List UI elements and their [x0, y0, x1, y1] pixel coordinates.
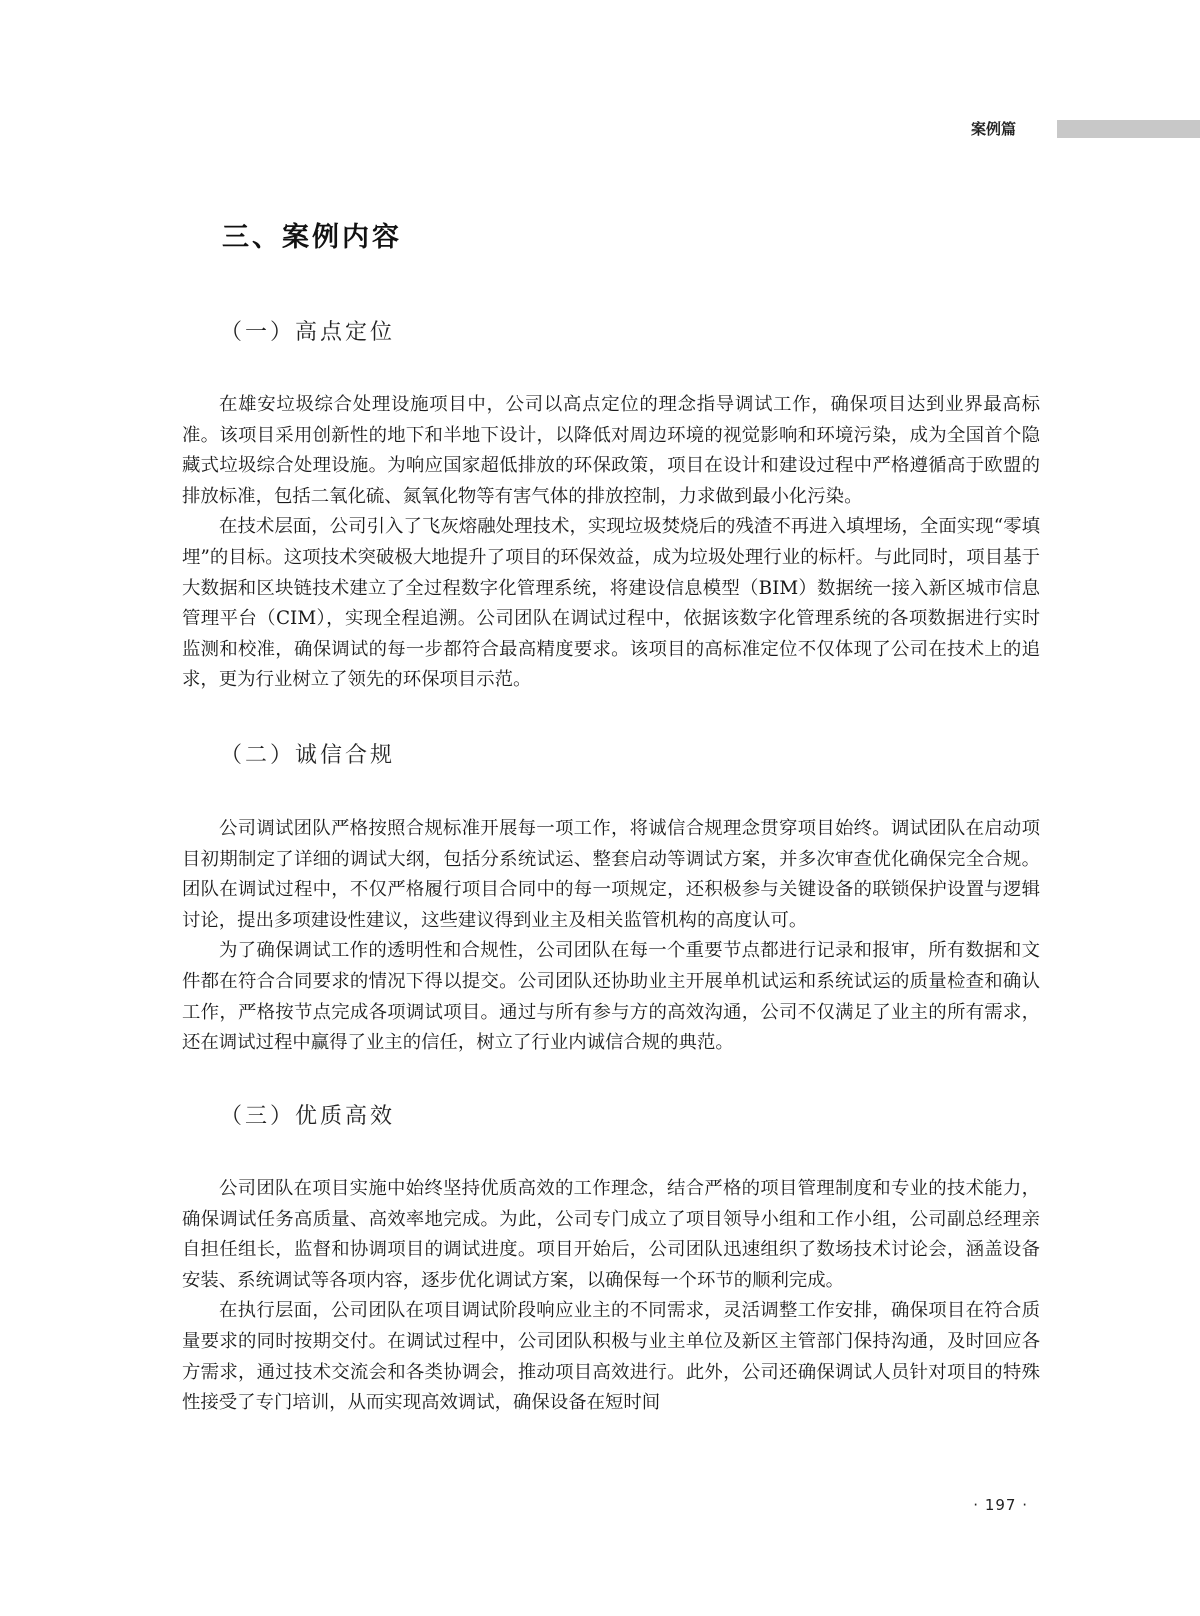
- section-heading: （三）优质高效: [220, 1099, 1078, 1130]
- chapter-title: 三、案例内容: [222, 215, 402, 254]
- running-head-bar: [1057, 120, 1200, 138]
- running-head: 案例篇: [0, 118, 1200, 140]
- running-head-label: 案例篇: [971, 118, 1016, 140]
- paragraph: 公司团队在项目实施中始终坚持优质高效的工作理念，结合严格的项目管理制度和专业的技…: [182, 1174, 1040, 1296]
- page-number: · 197 ·: [973, 1496, 1028, 1514]
- section-heading: （一）高点定位: [220, 315, 1078, 346]
- section-heading: （二）诚信合规: [220, 738, 1078, 769]
- paragraph: 在技术层面，公司引入了飞灰熔融处理技术，实现垃圾焚烧后的残渣不再进入填埋场，全面…: [182, 512, 1040, 696]
- paragraph: 在执行层面，公司团队在项目调试阶段响应业主的不同需求，灵活调整工作安排，确保项目…: [182, 1296, 1040, 1418]
- paragraph: 公司调试团队严格按照合规标准开展每一项工作，将诚信合规理念贯穿项目始终。调试团队…: [182, 814, 1040, 936]
- section-3: （三）优质高效 公司团队在项目实施中始终坚持优质高效的工作理念，结合严格的项目管…: [182, 1099, 1040, 1419]
- section-1: （一）高点定位 在雄安垃圾综合处理设施项目中，公司以高点定位的理念指导调试工作，…: [182, 315, 1040, 696]
- section-2: （二）诚信合规 公司调试团队严格按照合规标准开展每一项工作，将诚信合规理念贯穿项…: [182, 738, 1040, 1059]
- paragraph: 为了确保调试工作的透明性和合规性，公司团队在每一个重要节点都进行记录和报审，所有…: [182, 936, 1040, 1058]
- paragraph: 在雄安垃圾综合处理设施项目中，公司以高点定位的理念指导调试工作，确保项目达到业界…: [182, 390, 1040, 512]
